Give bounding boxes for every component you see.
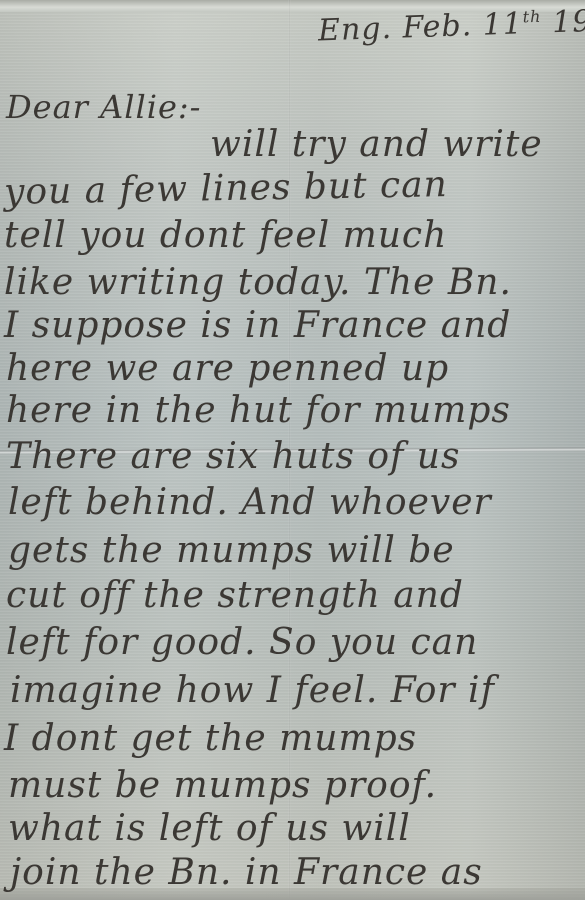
date-place: Eng. <box>317 11 392 49</box>
date-day-suffix: th <box>522 7 541 27</box>
letter-line: I suppose is in France and <box>4 305 511 346</box>
letter-line: join the Bn. in France as <box>10 852 483 893</box>
salutation: Dear Allie:- <box>6 88 201 126</box>
letter-line: imagine how I feel. For if <box>10 670 495 711</box>
letter-line: what is left of us will <box>8 808 411 849</box>
letter-line: cut off the strength and <box>6 575 464 616</box>
date-day: 11 <box>482 6 523 42</box>
letter-line: gets the mumps will be <box>8 530 455 571</box>
letter-line: I dont get the mumps <box>4 718 417 759</box>
letter-line: left behind. And whoever <box>8 482 492 523</box>
date-month: Feb. <box>402 8 473 45</box>
letter-line: left for good. So you can <box>6 622 478 663</box>
letter-line: tell you dont feel much <box>4 215 447 256</box>
letter-line: There are six huts of us <box>6 436 460 477</box>
letter-line: will try and write <box>210 124 543 165</box>
letter-line: here in the hut for mumps <box>6 390 511 431</box>
letter-line: you a few lines but can <box>4 164 448 213</box>
letter-line: here we are penned up <box>6 348 449 389</box>
letter-line: must be mumps proof. <box>8 765 437 806</box>
letter-page: Eng. Feb. 11th 1917 Dear Allie:- will tr… <box>0 0 585 900</box>
letter-line: like writing today. The Bn. <box>4 262 512 303</box>
date-year: 1917 <box>552 3 585 41</box>
